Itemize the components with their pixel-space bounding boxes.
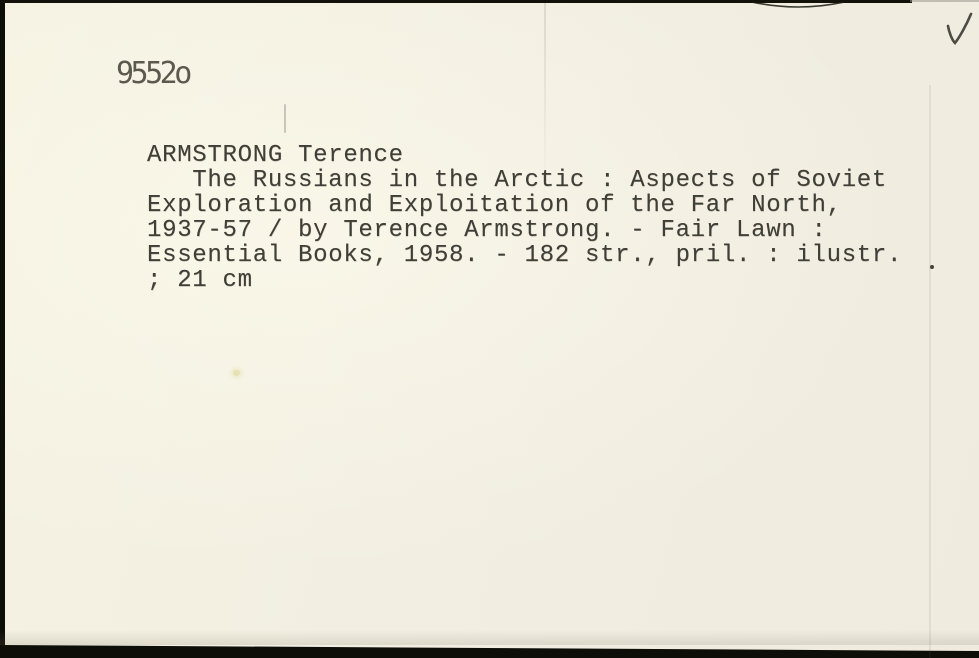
pencil-mark-vertical	[284, 104, 286, 133]
entry-line-heading: ARMSTRONG Terence	[147, 143, 902, 168]
entry-line-dimensions: ; 21 cm	[147, 268, 902, 293]
entry-line-statement: 1937-57 / by Terence Armstrong. - Fair L…	[147, 218, 902, 243]
scan-edge-left	[0, 0, 5, 658]
scan-edge-top-right	[910, 0, 979, 2]
entry-line-publication: Essential Books, 1958. - 182 str., pril.…	[147, 243, 902, 268]
catalog-card: 9552o ARMSTRONG Terence The Russians in …	[0, 0, 979, 658]
entry-line-title-cont: Exploration and Exploitation of the Far …	[147, 193, 902, 218]
scan-edge-bottom-shade	[0, 630, 979, 645]
paper-speck	[233, 370, 240, 376]
ink-dot	[930, 265, 934, 269]
checkmark-icon	[938, 10, 978, 54]
paper-crease-center	[544, 3, 546, 198]
call-number: 9552o	[116, 56, 189, 91]
entry-line-title: The Russians in the Arctic : Aspects of …	[147, 168, 902, 193]
card-edge-curve	[752, 0, 844, 14]
catalog-entry: ARMSTRONG Terence The Russians in the Ar…	[147, 143, 902, 293]
paper-crease-right	[929, 85, 931, 658]
